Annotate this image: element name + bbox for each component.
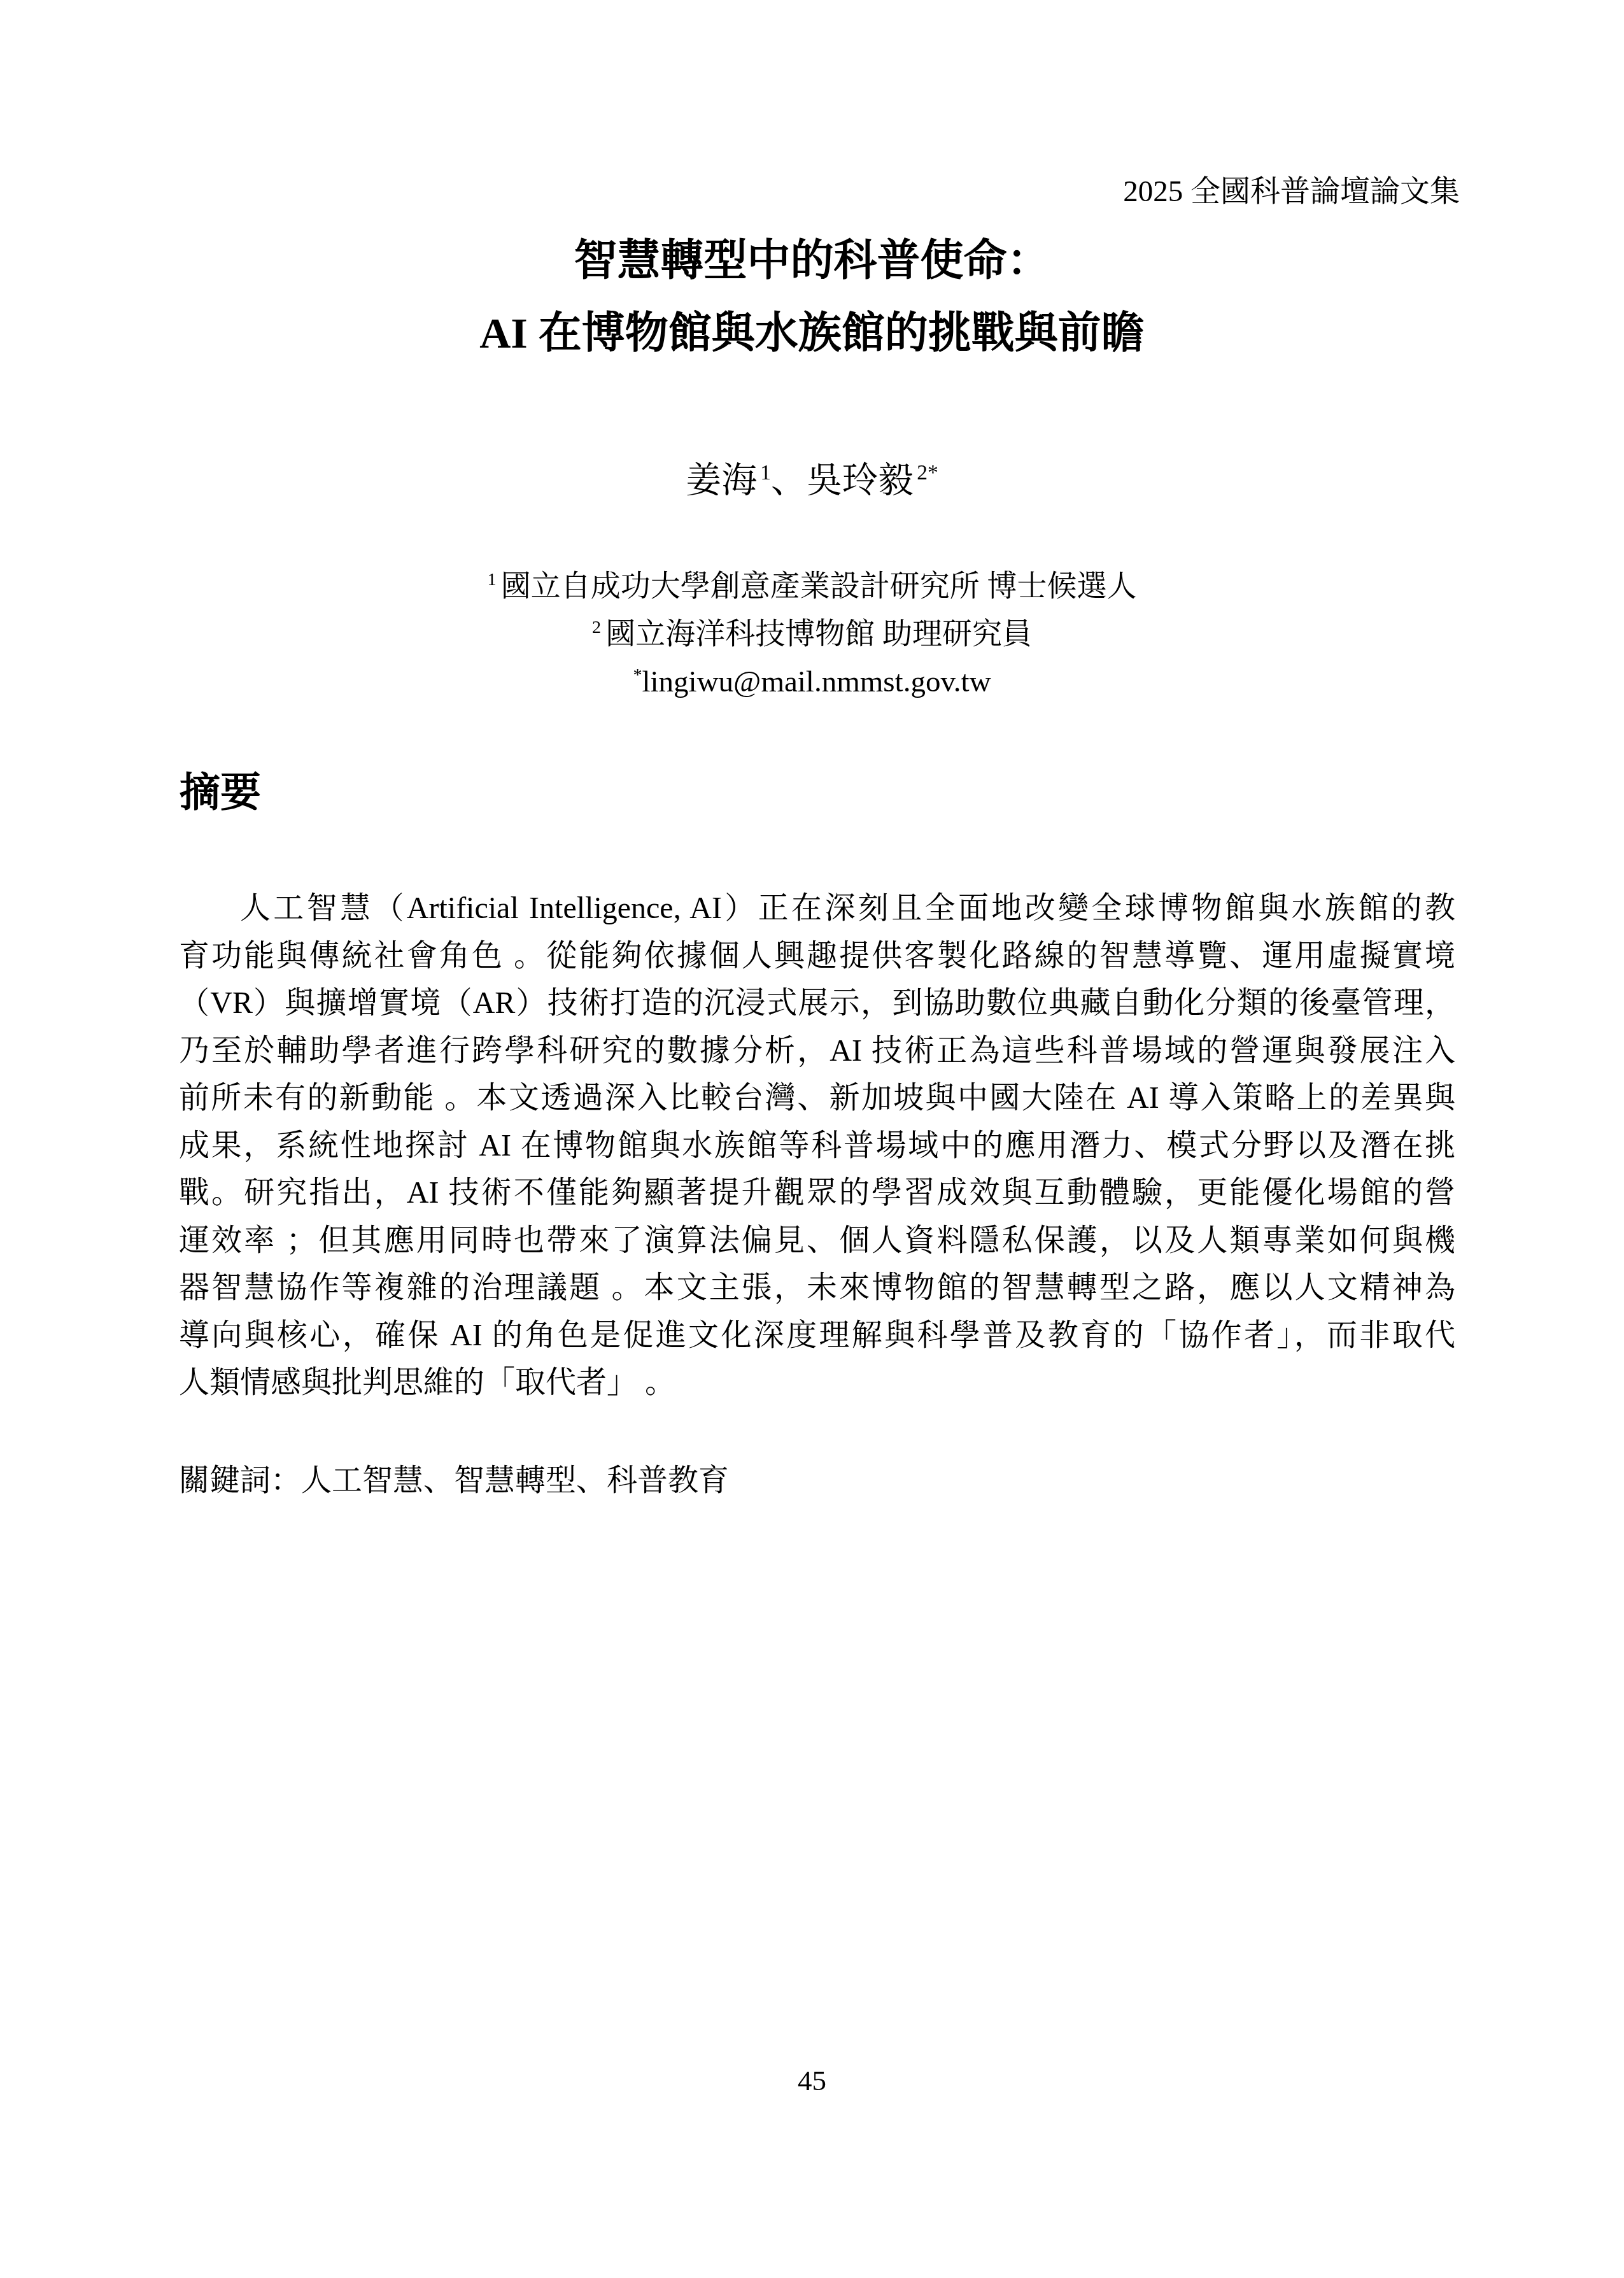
journal-header: 2025 全國科普論壇論文集 xyxy=(1123,174,1460,209)
abstract-line: 導向與核心，確保 AI 的角色是促進文化深度理解與科學普及教育的「協作者」，而非… xyxy=(179,1312,1455,1360)
affiliations-block: 1國立自成功大學創意產業設計研究所 博士候選人 2國立海洋科技博物館 助理研究員… xyxy=(0,563,1624,706)
keywords-line: 關鍵詞：人工智慧、智慧轉型、科普教育 xyxy=(179,1458,729,1504)
abstract-line: 育功能與傳統社會角色 。從能夠依據個人興趣提供客製化路線的智慧導覽、運用虛擬實境 xyxy=(179,933,1455,980)
paper-title-line-2: AI 在博物館與水族館的挑戰與前瞻 xyxy=(0,297,1624,369)
authors-line: 姜海1、吳玲毅2* xyxy=(0,456,1624,506)
email-superscript: * xyxy=(633,665,642,685)
author-2-name: 吳玲毅 xyxy=(807,461,914,500)
abstract-line: 戰。研究指出，AI 技術不僅能夠顯著提升觀眾的學習成效與互動體驗，更能優化場館的… xyxy=(179,1170,1455,1217)
author-separator: 、 xyxy=(771,461,807,500)
author-1-superscript: 1 xyxy=(760,461,771,485)
abstract-line: （VR）與擴增實境（AR）技術打造的沉浸式展示，到協助數位典藏自動化分類的後臺管… xyxy=(179,980,1455,1028)
abstract-line: 器智慧協作等複雜的治理議題 。本文主張，未來博物館的智慧轉型之路，應以人文精神為 xyxy=(179,1264,1455,1312)
affiliation-2-superscript: 2 xyxy=(592,618,601,637)
affiliation-1-text: 國立自成功大學創意產業設計研究所 博士候選人 xyxy=(501,570,1137,603)
paper-title: 智慧轉型中的科普使命： AI 在博物館與水族館的挑戰與前瞻 xyxy=(0,224,1624,369)
page-number: 45 xyxy=(0,2063,1624,2098)
affiliation-1-superscript: 1 xyxy=(488,570,497,590)
affiliation-2-text: 國立海洋科技博物館 助理研究員 xyxy=(605,618,1032,651)
paper-title-line-1: 智慧轉型中的科普使命： xyxy=(0,224,1624,297)
abstract-line: 運效率 ；但其應用同時也帶來了演算法偏見、個人資料隱私保護，以及人類專業如何與機 xyxy=(179,1217,1455,1265)
abstract-line: 前所未有的新動能 。本文透過深入比較台灣、新加坡與中國大陸在 AI 導入策略上的… xyxy=(179,1075,1455,1122)
email-text: lingiwu@mail.nmmst.gov.tw xyxy=(642,665,991,698)
contact-email-line: *lingiwu@mail.nmmst.gov.tw xyxy=(0,658,1624,706)
author-1-name: 姜海 xyxy=(686,461,757,500)
abstract-paragraph: 人工智慧（Artificial Intelligence, AI）正在深刻且全面… xyxy=(179,885,1455,1407)
abstract-line: 成果，系統性地探討 AI 在博物館與水族館等科普場域中的應用潛力、模式分野以及潛… xyxy=(179,1122,1455,1170)
affiliation-1: 1國立自成功大學創意產業設計研究所 博士候選人 xyxy=(0,563,1624,611)
affiliation-2: 2國立海洋科技博物館 助理研究員 xyxy=(0,611,1624,658)
abstract-line: 人類情感與批判思維的「取代者」 。 xyxy=(179,1359,1455,1407)
paper-page: 2025 全國科普論壇論文集 智慧轉型中的科普使命： AI 在博物館與水族館的挑… xyxy=(0,0,1624,2278)
abstract-line: 乃至於輔助學者進行跨學科研究的數據分析，AI 技術正為這些科普場域的營運與發展注… xyxy=(179,1028,1455,1075)
author-2-superscript: 2* xyxy=(917,461,938,485)
abstract-line: 人工智慧（Artificial Intelligence, AI）正在深刻且全面… xyxy=(179,885,1455,933)
abstract-heading: 摘要 xyxy=(180,766,261,819)
